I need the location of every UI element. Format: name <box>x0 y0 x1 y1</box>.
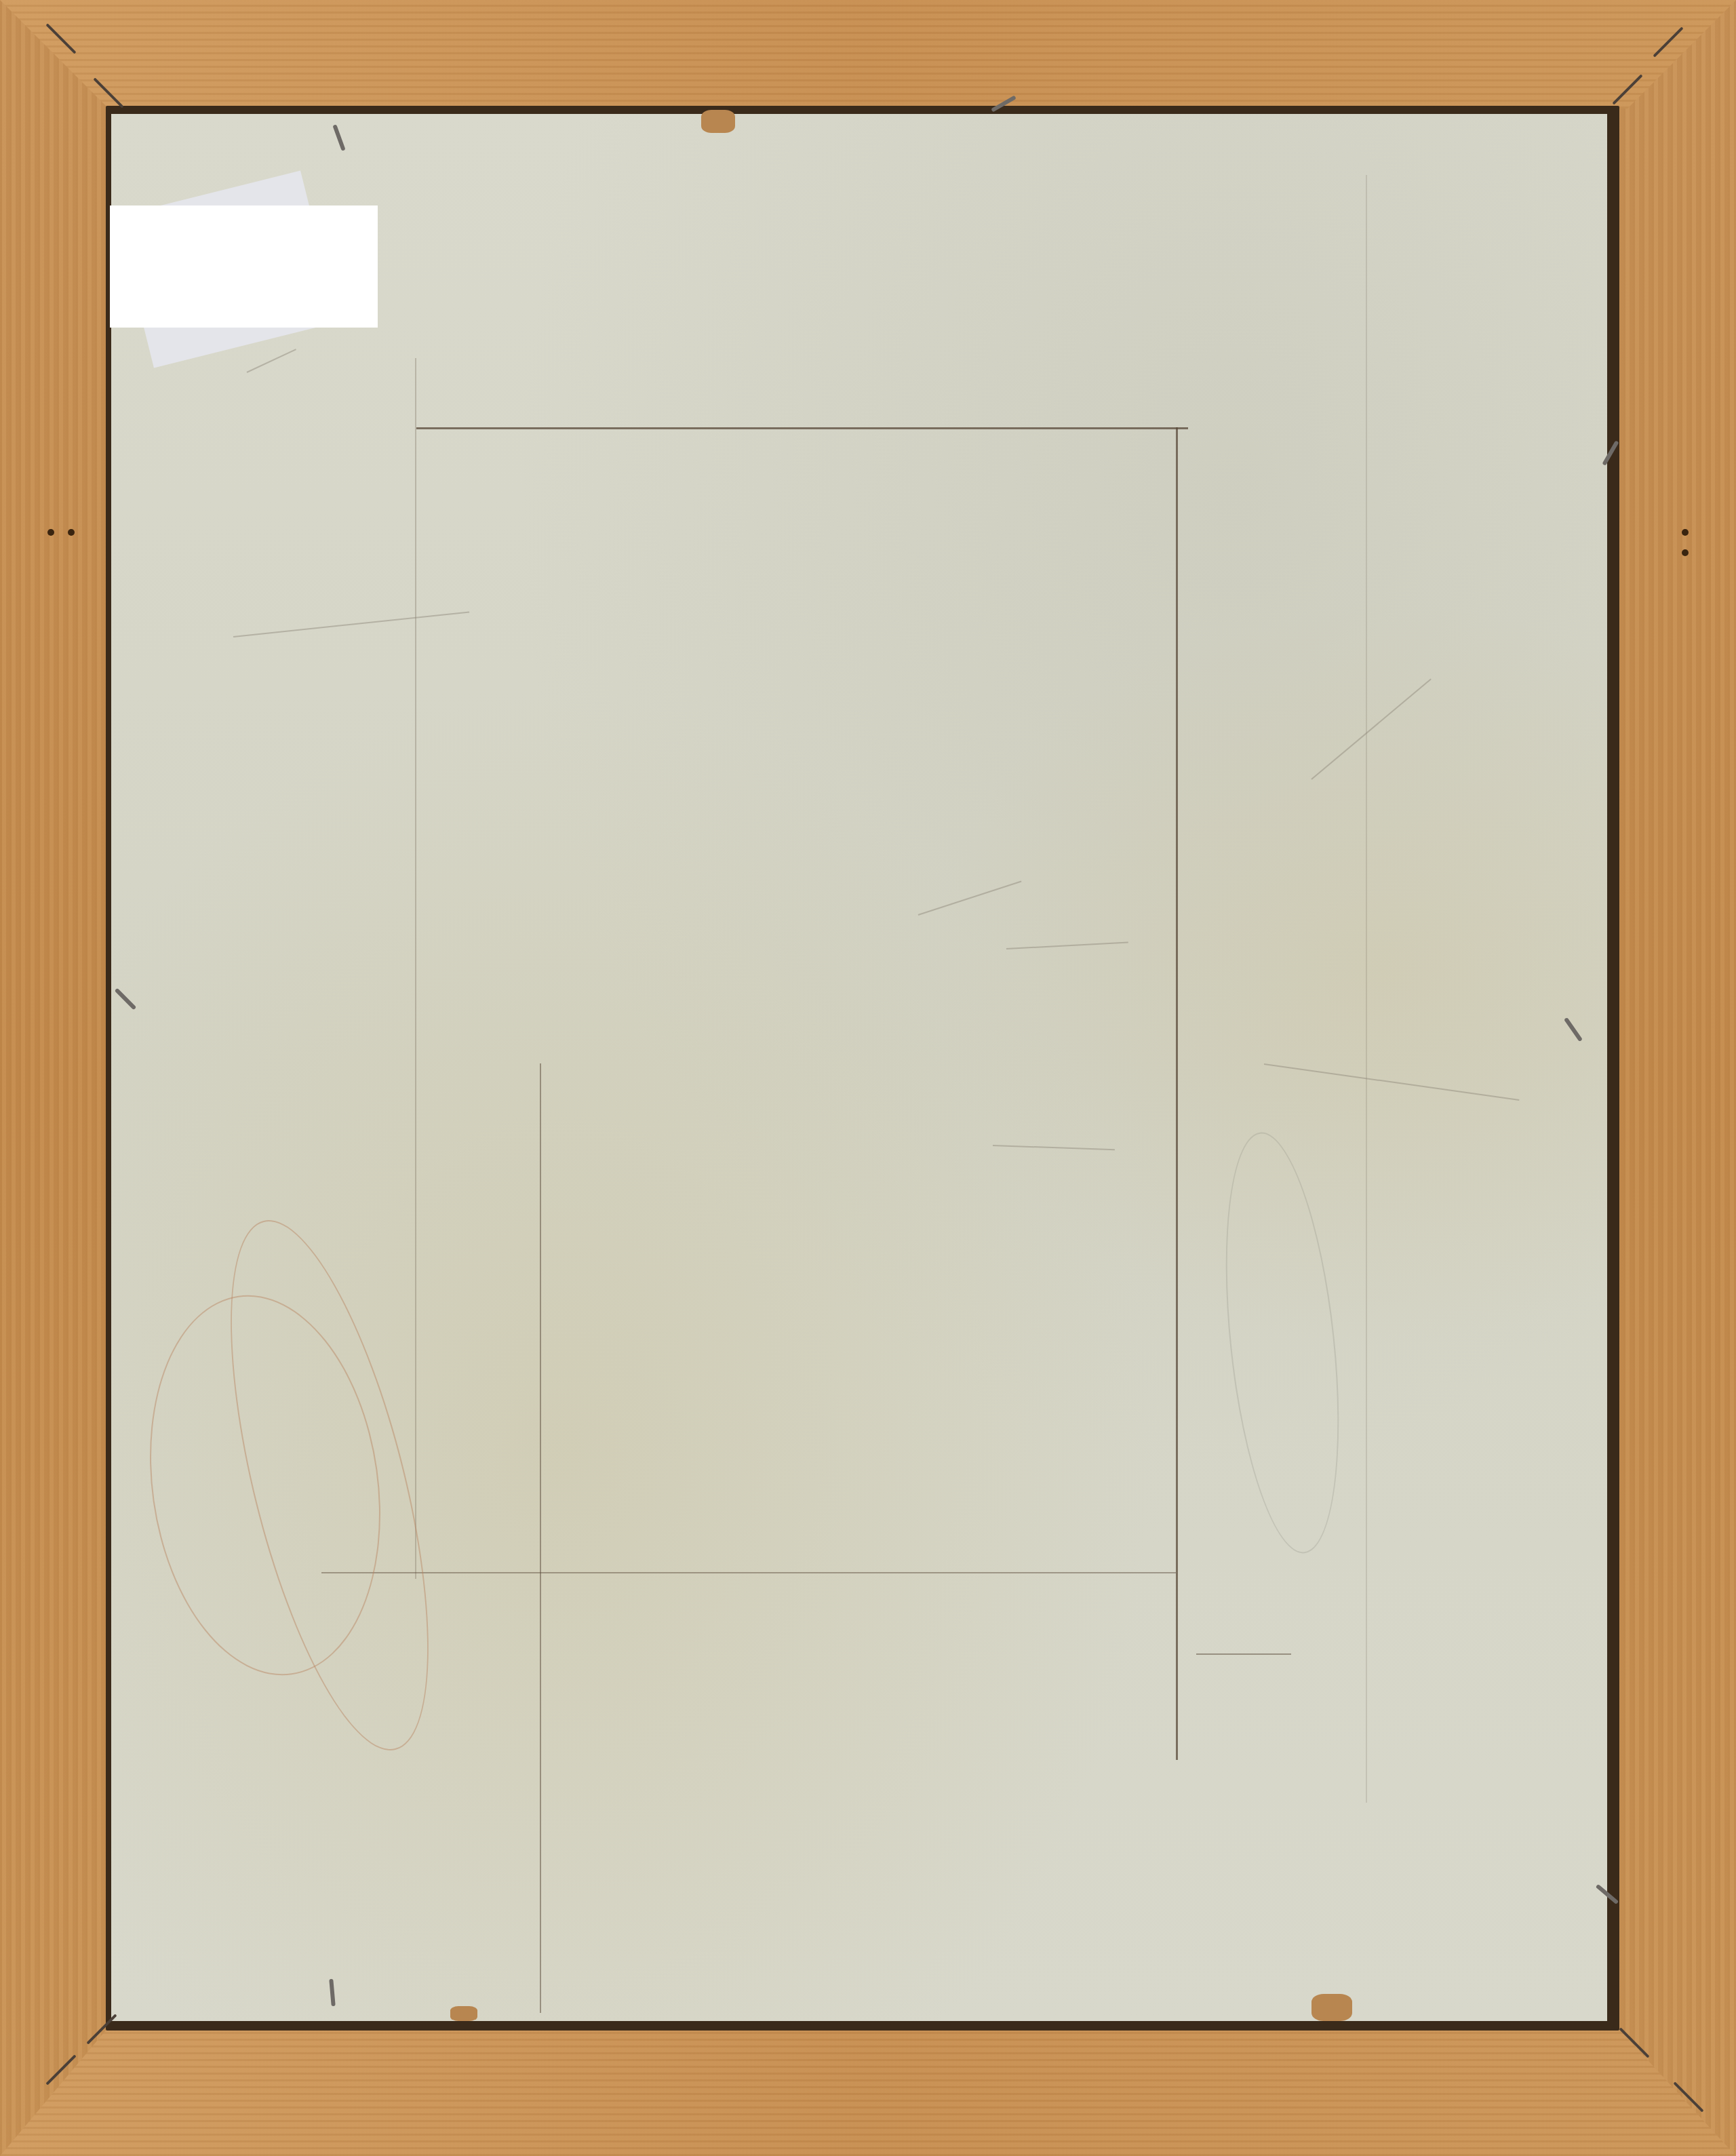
backing-board <box>111 114 1607 2021</box>
scratch <box>1311 678 1431 779</box>
outer-line-left <box>415 358 416 1579</box>
scratch <box>1264 1063 1520 1101</box>
plate-line-bottom <box>321 1572 1176 1573</box>
inner-line-left <box>540 1063 541 2013</box>
pencil-oval <box>1208 1127 1356 1559</box>
right-vertical <box>1366 175 1367 1803</box>
board-chip <box>701 110 735 133</box>
board-chip <box>1311 1994 1352 2021</box>
plate-line-right <box>1176 427 1178 1760</box>
scratch <box>993 1145 1115 1150</box>
frame-top-rail <box>0 0 1736 109</box>
hanger-hole <box>1682 549 1689 556</box>
scratch <box>918 881 1022 916</box>
hanger-hole <box>68 529 75 536</box>
plate-line-top <box>416 427 1188 429</box>
scratch <box>247 349 296 373</box>
hanger-hole <box>47 529 54 536</box>
hanger-hole <box>1682 529 1689 536</box>
redacted-label <box>110 205 378 328</box>
scratch <box>233 611 469 638</box>
board-chip <box>450 2006 477 2021</box>
frame-bottom-rail <box>0 2027 1736 2156</box>
scratch <box>1006 942 1128 949</box>
right-line-bottom <box>1196 1653 1291 1655</box>
